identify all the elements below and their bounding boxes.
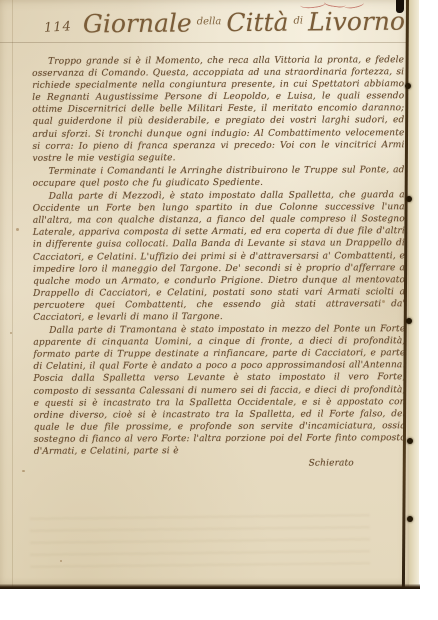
catchword: Schierato [34,457,406,471]
paragraph-exhortation: Troppo grande si è il Momento, che reca … [32,54,404,164]
stitch-knot [407,516,413,522]
title-word-livorno: Livorno [308,7,405,37]
body-text: Troppo grande si è il Momento, che reca … [32,54,406,471]
page-bottom-edge [0,584,420,589]
stitch-knot [406,318,412,324]
folio-number: 114 [44,19,73,35]
stitch-knot [407,438,413,444]
verso-bleed-through [30,514,371,578]
manuscript-page: 114 Giornale della Città di Livorno Trop… [0,0,414,589]
title-word-citta: Città [226,8,288,38]
title-word-giornale: Giornale [83,8,192,38]
foxing-speck [16,228,19,231]
manuscript-scan: 114 Giornale della Città di Livorno Trop… [0,0,438,620]
foxing-speck [10,332,12,334]
foxing-speck [22,470,25,472]
paragraph-tramontana: Dalla parte di Tramontana è stato impost… [33,323,406,458]
paragraph-comandanti: Terminate i Comandanti le Arringhe distr… [33,164,405,190]
gutter-dark-notch [396,0,404,13]
title-word-di: di [293,15,303,26]
stitch-knot [405,83,411,89]
paper-fold-line [12,0,13,589]
paragraph-mezzodi: Dalla parte di Mezzodì, è stato impostat… [33,189,406,324]
page-title: Giornale della Città di Livorno [88,7,400,50]
stitch-knot [406,196,412,202]
next-page-edge [409,0,419,588]
title-word-della: della [197,16,222,27]
